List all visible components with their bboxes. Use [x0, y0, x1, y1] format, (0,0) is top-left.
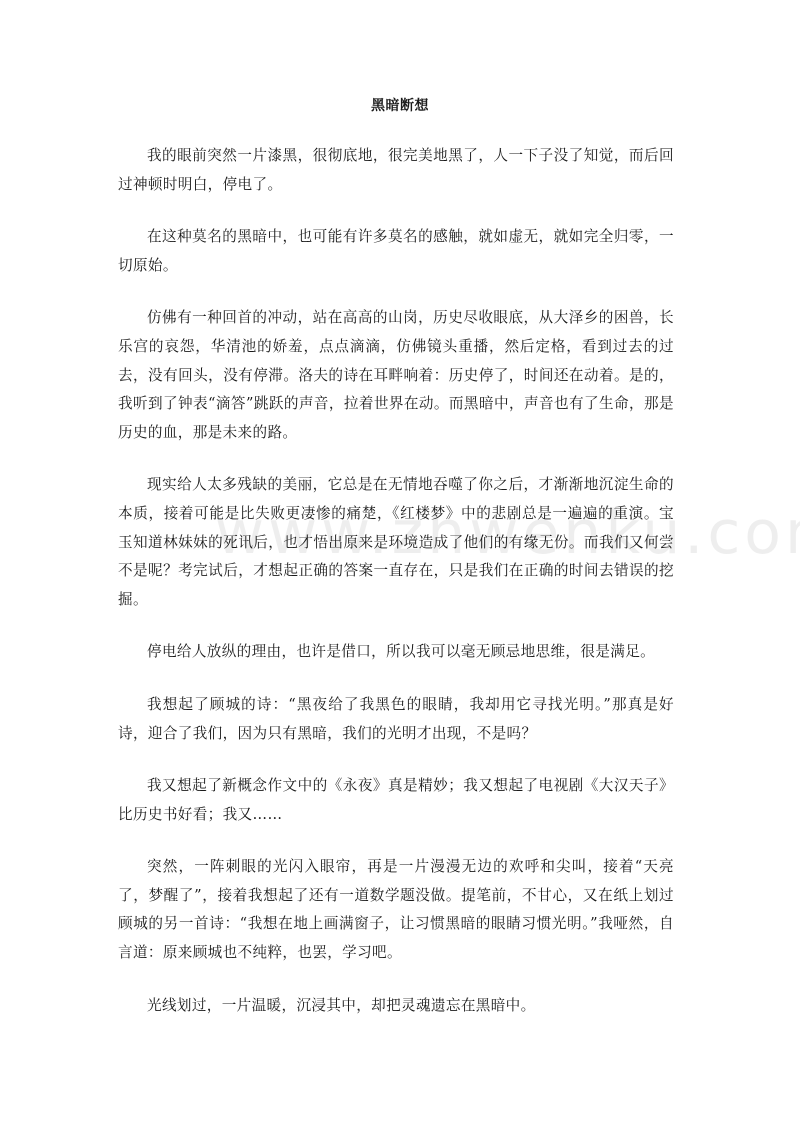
paragraph: 我想起了顾城的诗：“黑夜给了我黑色的眼睛，我却用它寻找光明。”那真是好诗，迎合了…	[118, 691, 674, 748]
paragraph: 在这种莫名的黑暗中，也可能有许多莫名的感触，就如虚无，就如完全归零，一切原始。	[118, 223, 674, 280]
document-body: 我的眼前突然一片漆黑，很彻底地，很完美地黑了，人一下子没了知觉，而后回过神顿时明…	[118, 142, 674, 1044]
document-page: www.zhwenku.com 黑暗断想 我的眼前突然一片漆黑，很彻底地，很完美…	[0, 0, 800, 1132]
paragraph: 现实给人太多残缺的美丽，它总是在无情地吞噬了你之后，才渐渐地沉淀生命的本质，接着…	[118, 471, 674, 614]
paragraph: 突然，一阵刺眼的光闪入眼帘，再是一片漫漫无边的欢呼和尖叫，接着“天亮了，梦醒了”…	[118, 853, 674, 967]
paragraph: 我的眼前突然一片漆黑，很彻底地，很完美地黑了，人一下子没了知觉，而后回过神顿时明…	[118, 142, 674, 199]
paragraph: 光线划过，一片温暖，沉浸其中，却把灵魂遗忘在黑暗中。	[118, 992, 674, 1021]
document-title: 黑暗断想	[0, 96, 800, 116]
paragraph: 仿佛有一种回首的冲动，站在高高的山岗，历史尽收眼底，从大泽乡的困兽，长乐宫的哀怨…	[118, 304, 674, 447]
paragraph: 停电给人放纵的理由，也许是借口，所以我可以毫无顾忌地思维，很是满足。	[118, 638, 674, 667]
paragraph: 我又想起了新概念作文中的《永夜》真是精妙；我又想起了电视剧《大汉天子》比历史书好…	[118, 772, 674, 829]
